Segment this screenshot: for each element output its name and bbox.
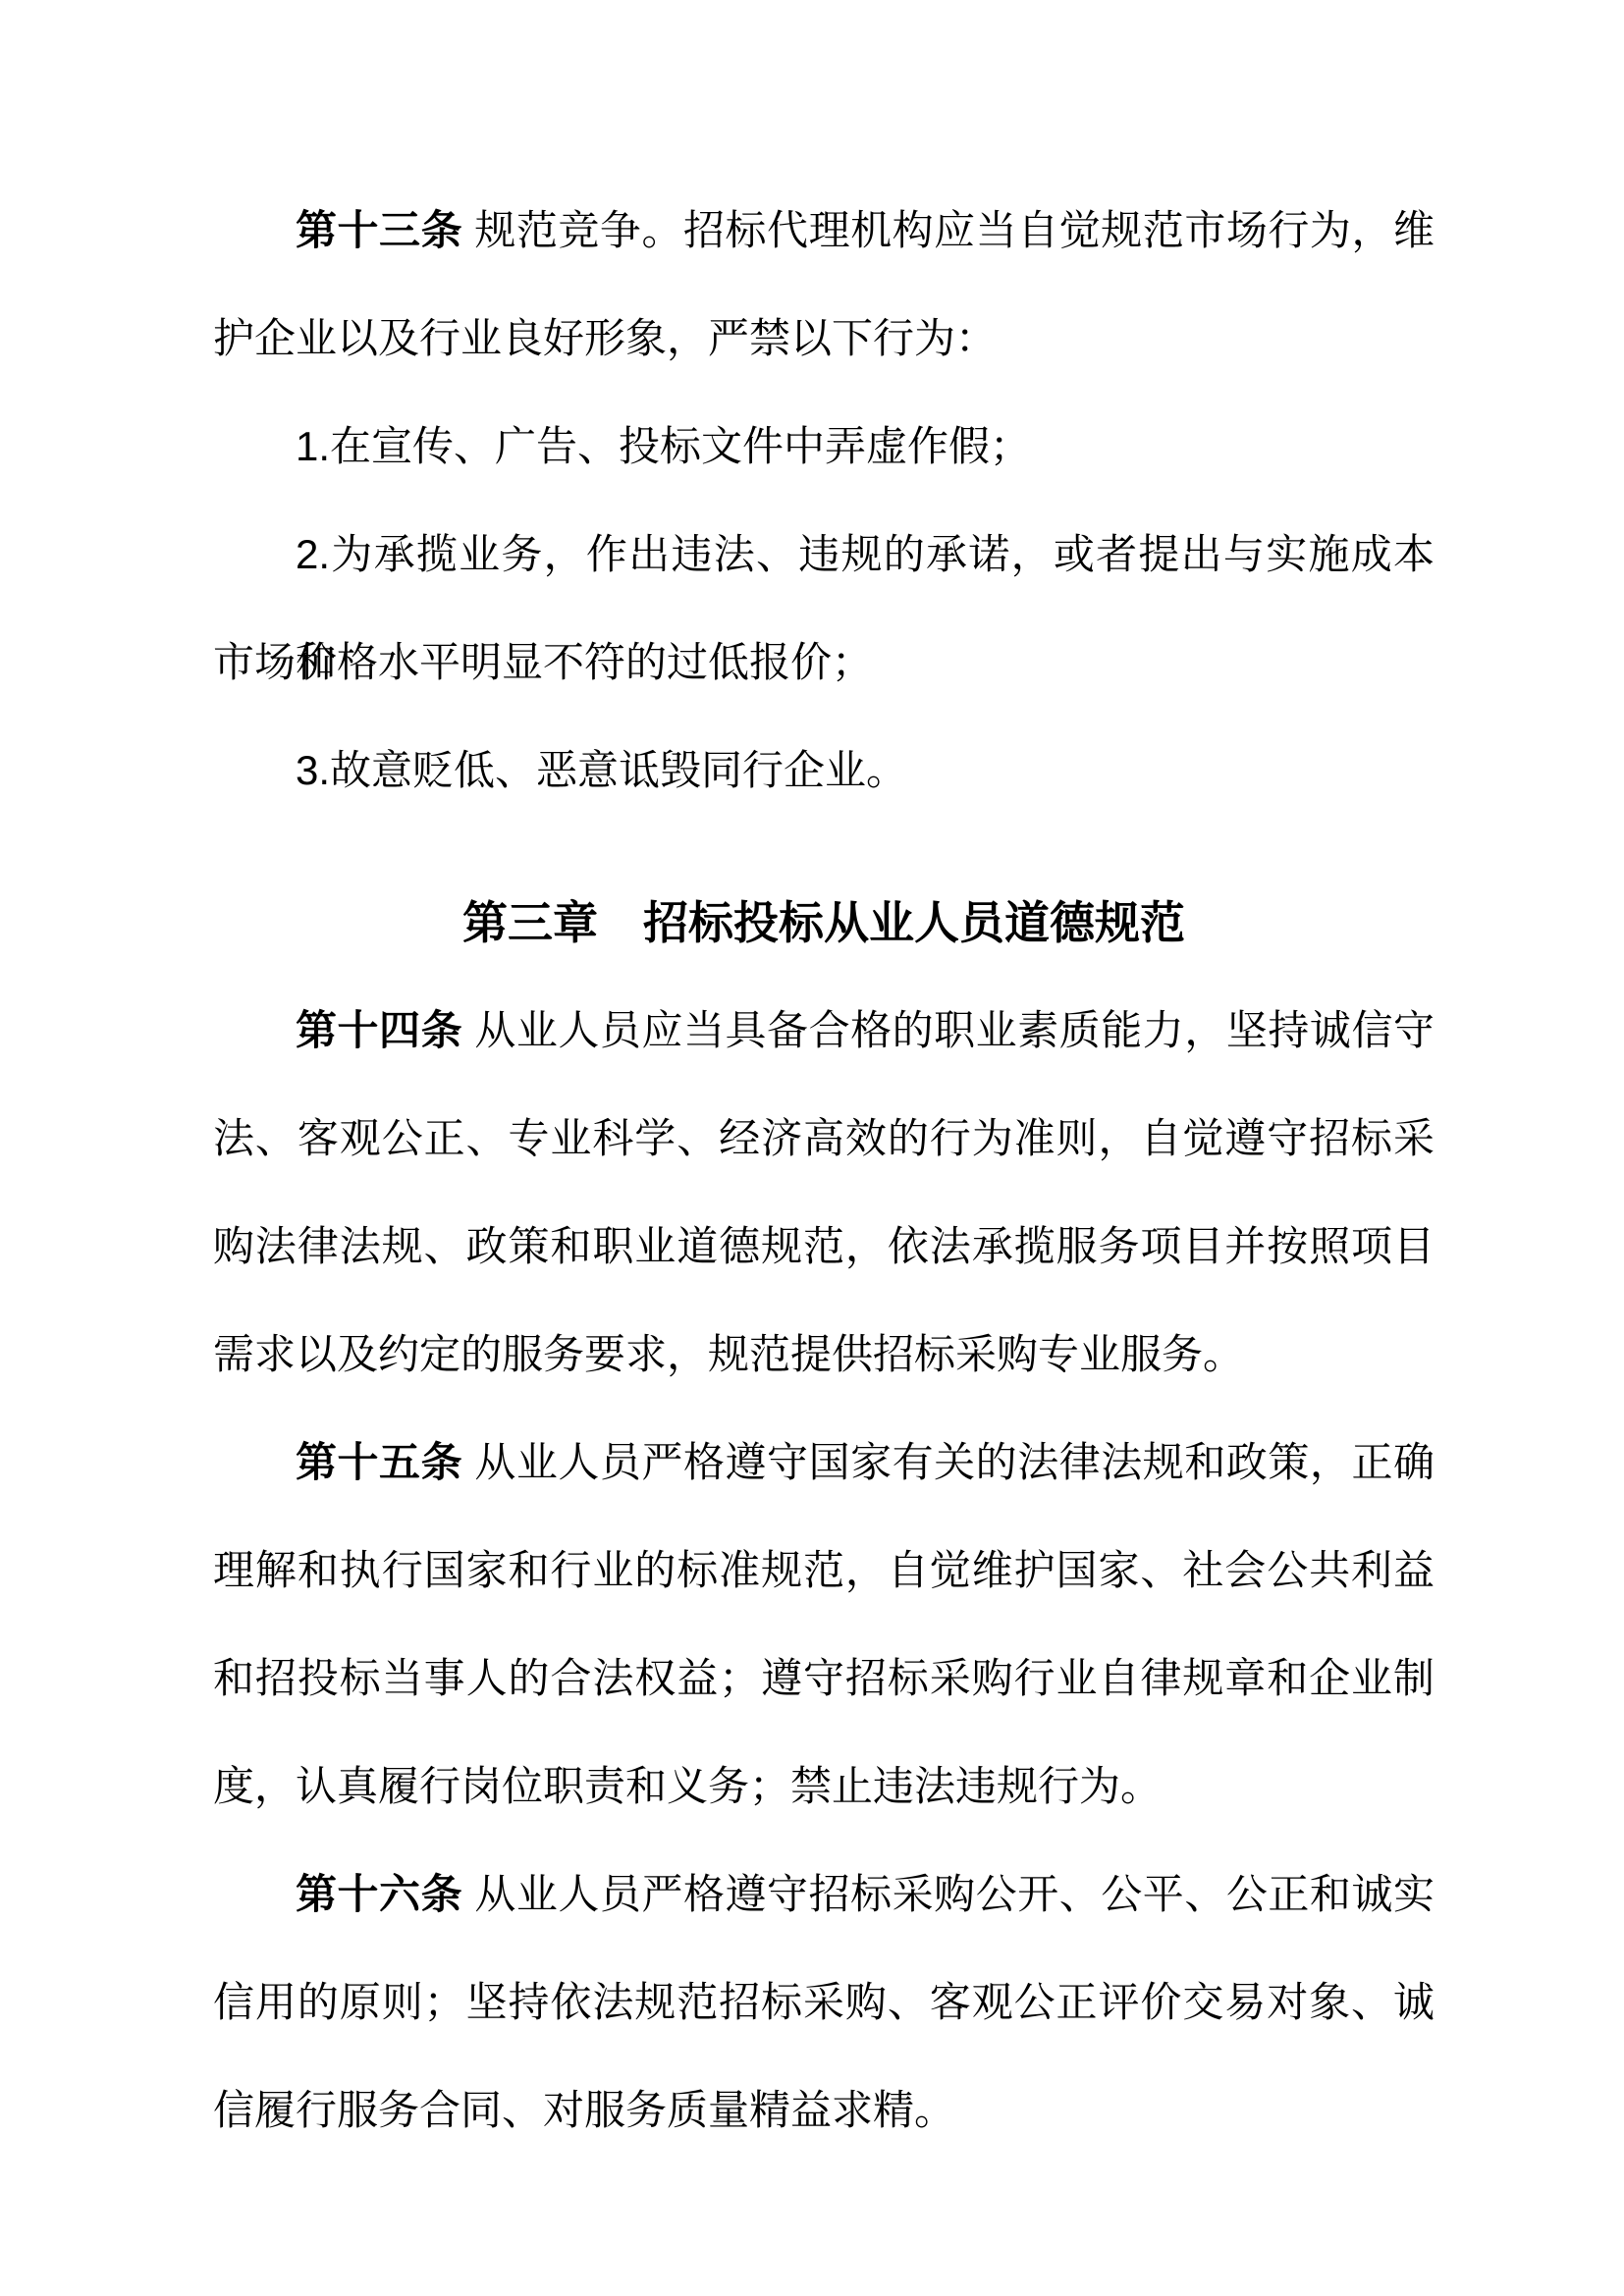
article-number-label: 第十三条 xyxy=(296,207,462,253)
document-page: 第十三条 规范竞争。招标代理机构应当自觉规范市场行为，维护企业以及行业良好形象，… xyxy=(0,0,1624,2296)
text-line: 信履行服务合同、对服务质量精益求精。 xyxy=(213,2056,1435,2164)
article-number-label: 第十六条 xyxy=(296,1871,462,1917)
text-segment: 法、客观公正、专业科学、经济高效的行为准则，自觉遵守招标采 xyxy=(213,1115,1435,1161)
text-segment: 从业人员严格遵守招标采购公开、公平、公正和诚实 xyxy=(462,1871,1435,1917)
text-line: 第十三条 规范竞争。招标代理机构应当自觉规范市场行为，维 xyxy=(213,177,1435,285)
text-segment: 1.在宣传、广告、投标文件中弄虚作假； xyxy=(296,423,1031,469)
text-line: 需求以及约定的服务要求，规范提供招标采购专业服务。 xyxy=(213,1301,1435,1409)
text-segment: 和招投标当事人的合法权益；遵守招标采购行业自律规章和企业制 xyxy=(213,1655,1435,1701)
text-line: 理解和执行国家和行业的标准规范，自觉维护国家、社会公共利益 xyxy=(213,1517,1435,1625)
text-line: 法、客观公正、专业科学、经济高效的行为准则，自觉遵守招标采 xyxy=(213,1085,1435,1193)
document-content: 第十三条 规范竞争。招标代理机构应当自觉规范市场行为，维护企业以及行业良好形象，… xyxy=(213,177,1435,2164)
article-number-label: 第十四条 xyxy=(296,1007,462,1053)
text-segment: 度，认真履行岗位职责和义务；禁止违法违规行为。 xyxy=(213,1763,1162,1809)
text-segment: 护企业以及行业良好形象，严禁以下行为： xyxy=(213,315,997,361)
text-segment: 理解和执行国家和行业的标准规范，自觉维护国家、社会公共利益 xyxy=(213,1547,1435,1593)
text-line: 护企业以及行业良好形象，严禁以下行为： xyxy=(213,285,1435,393)
text-segment: 信用的原则；坚持依法规范招标采购、客观公正评价交易对象、诚 xyxy=(213,1979,1435,2025)
chapter-heading-label: 第三章 招标投标从业人员道德规范 xyxy=(462,897,1185,948)
text-line: 信用的原则；坚持依法规范招标采购、客观公正评价交易对象、诚 xyxy=(213,1949,1435,2056)
text-segment: 规范竞争。招标代理机构应当自觉规范市场行为，维 xyxy=(462,207,1435,253)
text-segment: 信履行服务合同、对服务质量精益求精。 xyxy=(213,2087,955,2133)
text-line: 1.在宣传、广告、投标文件中弄虚作假； xyxy=(213,393,1435,501)
article-number-label: 第十五条 xyxy=(296,1439,462,1485)
text-segment: 市场价格水平明显不符的过低报价； xyxy=(213,639,873,685)
text-segment: 从业人员严格遵守国家有关的法律法规和政策，正确 xyxy=(462,1439,1435,1485)
text-line: 第十五条 从业人员严格遵守国家有关的法律法规和政策，正确 xyxy=(213,1409,1435,1517)
text-line: 第十四条 从业人员应当具备合格的职业素质能力，坚持诚信守 xyxy=(213,977,1435,1085)
text-segment: 3.故意贬低、恶意诋毁同行企业。 xyxy=(296,747,907,793)
text-line: 市场价格水平明显不符的过低报价； xyxy=(213,609,1435,717)
text-line: 和招投标当事人的合法权益；遵守招标采购行业自律规章和企业制 xyxy=(213,1625,1435,1733)
text-line: 购法律法规、政策和职业道德规范，依法承揽服务项目并按照项目 xyxy=(213,1193,1435,1301)
text-segment: 需求以及约定的服务要求，规范提供招标采购专业服务。 xyxy=(213,1331,1244,1377)
text-line: 3.故意贬低、恶意诋毁同行企业。 xyxy=(213,717,1435,825)
text-segment: 从业人员应当具备合格的职业素质能力，坚持诚信守 xyxy=(462,1007,1435,1053)
chapter-heading-line: 第三章 招标投标从业人员道德规范 xyxy=(213,869,1435,977)
text-line: 2.为承揽业务，作出违法、违规的承诺，或者提出与实施成本和 xyxy=(213,501,1435,609)
text-line: 第十六条 从业人员严格遵守招标采购公开、公平、公正和诚实 xyxy=(213,1841,1435,1949)
text-line: 度，认真履行岗位职责和义务；禁止违法违规行为。 xyxy=(213,1733,1435,1841)
text-segment: 购法律法规、政策和职业道德规范，依法承揽服务项目并按照项目 xyxy=(213,1223,1435,1269)
